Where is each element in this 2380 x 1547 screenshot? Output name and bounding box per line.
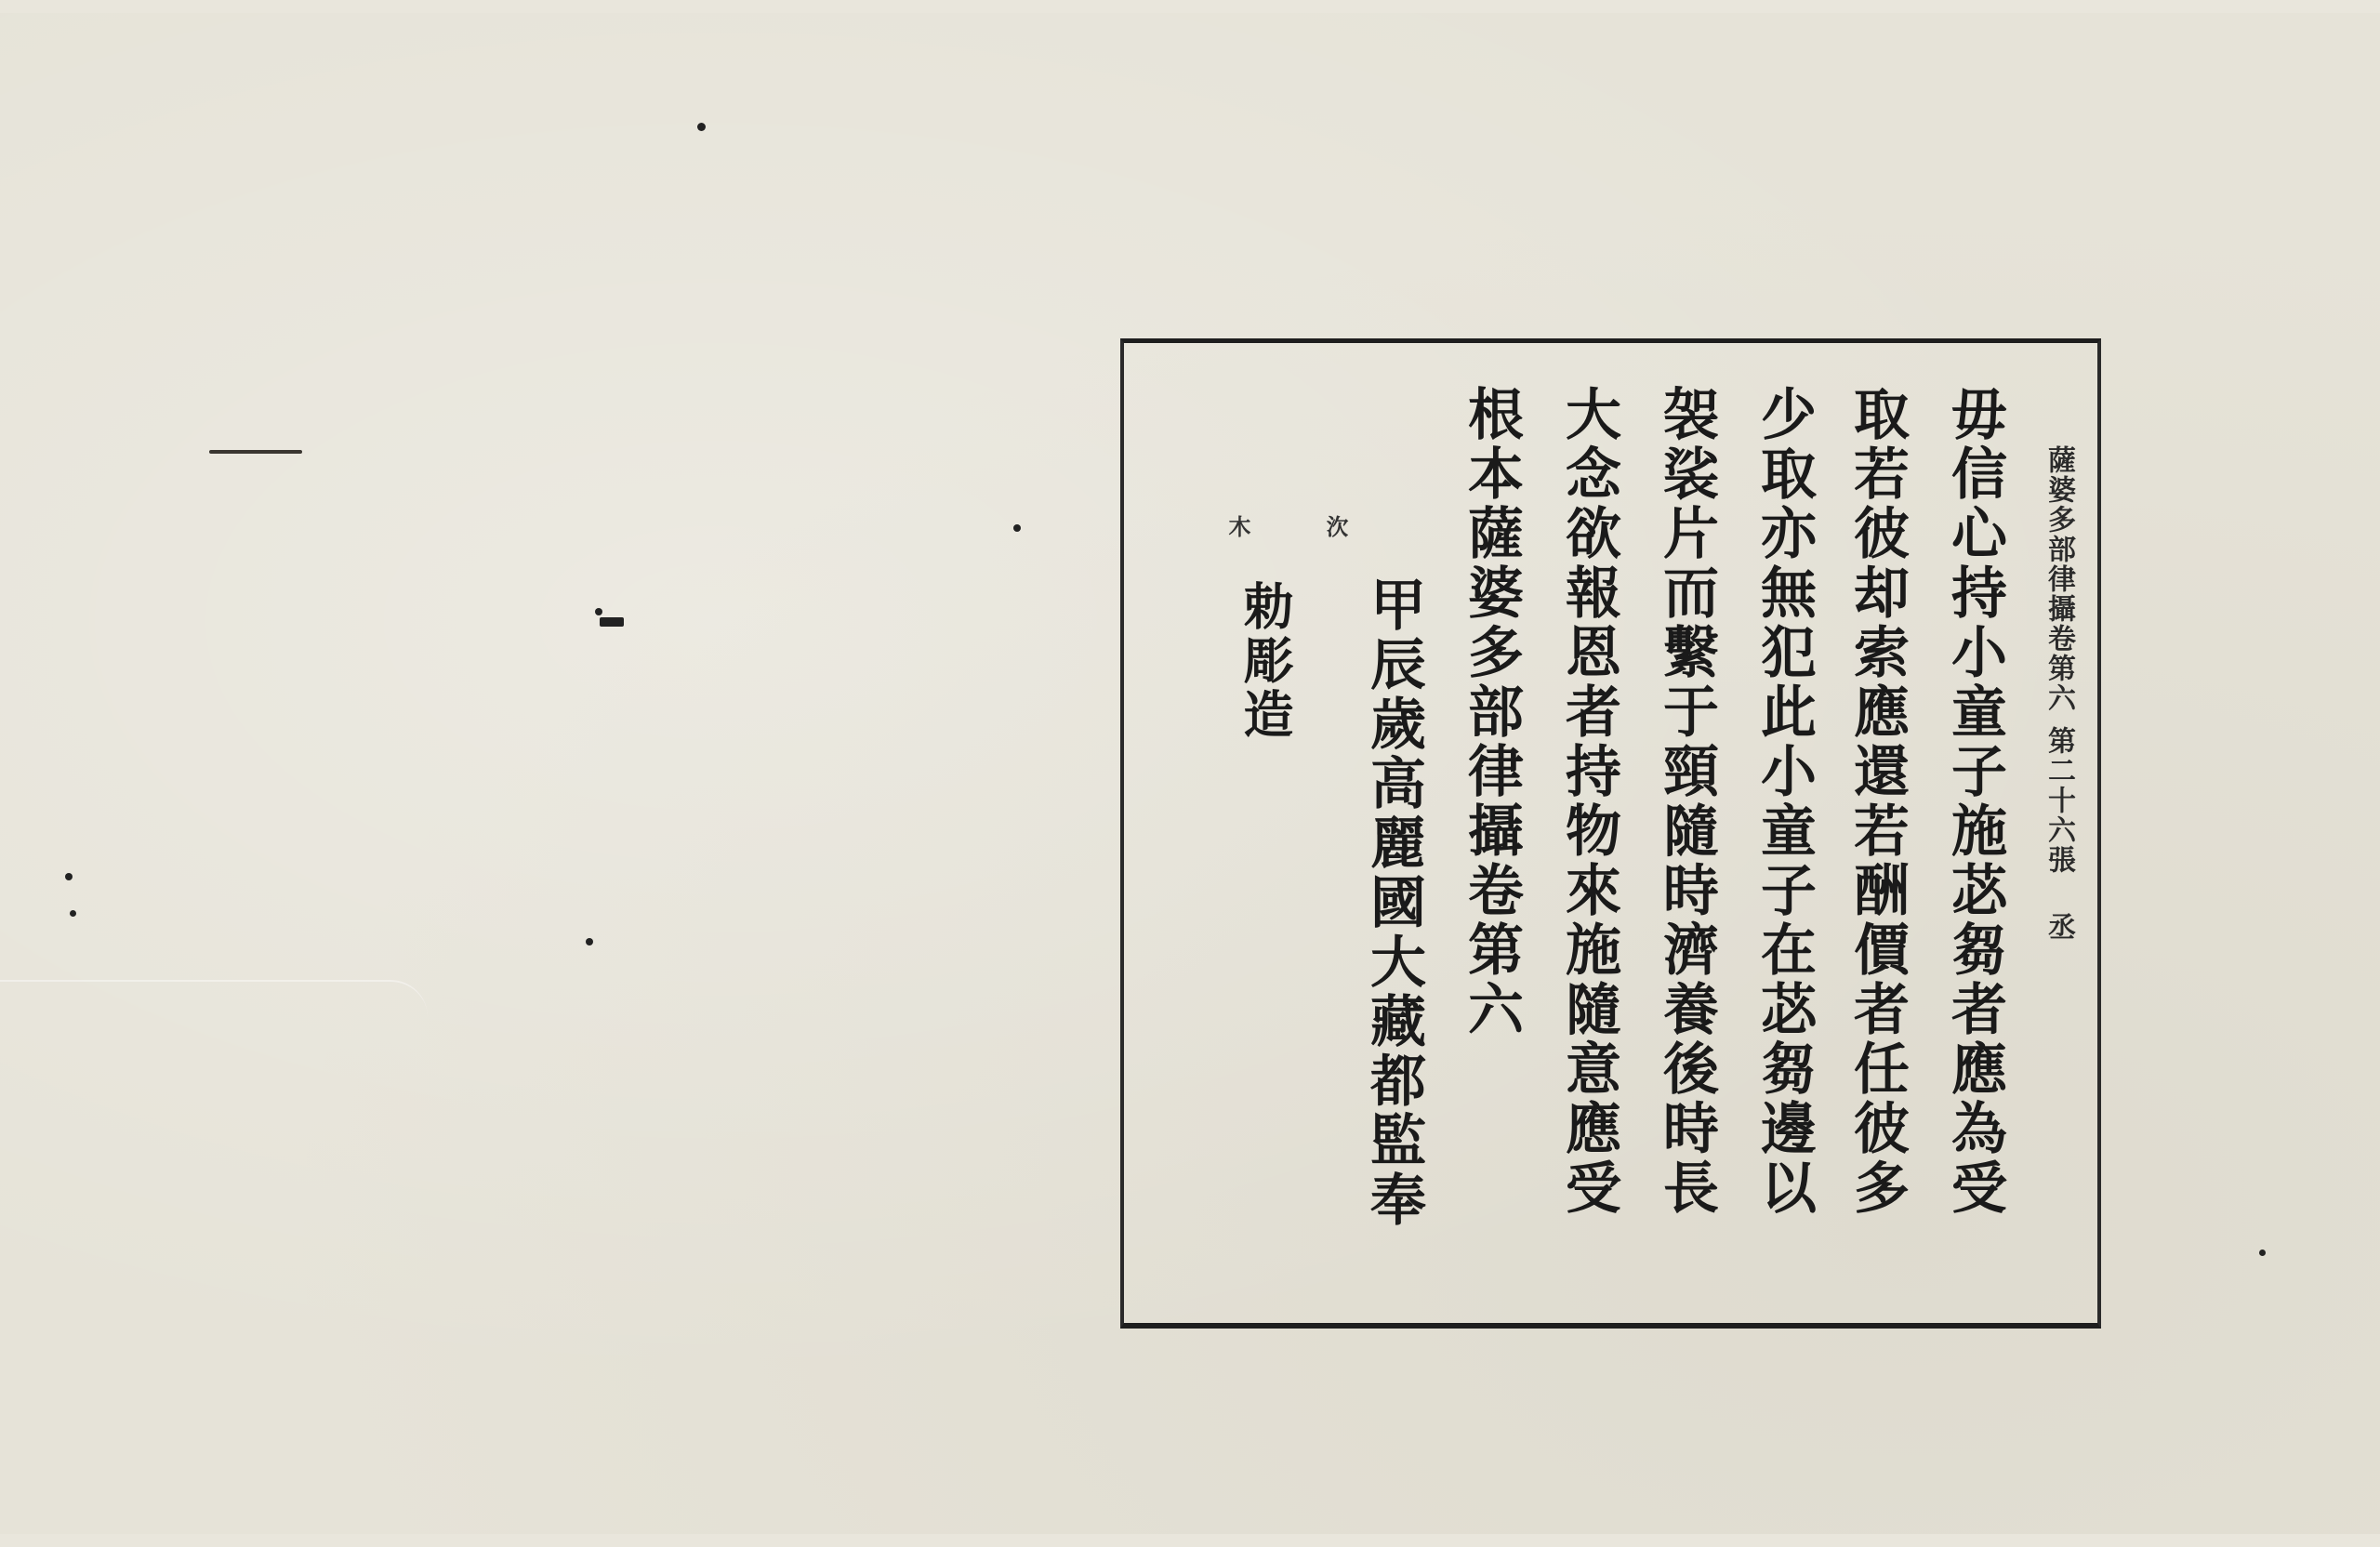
ink-speck	[586, 938, 593, 945]
ink-speck	[1013, 524, 1021, 532]
ink-speck	[70, 910, 76, 917]
margin-title: 薩婆多部律攝卷第六	[2043, 445, 2075, 713]
margin-label-column: 薩婆多部律攝卷第六第二十六張丞	[2044, 445, 2072, 942]
sheet-number: 第二十六張	[2043, 726, 2075, 875]
colophon-date-column: 甲辰歲高麗國大藏都監奉	[1366, 575, 1421, 1230]
margin-mark: 丞	[2043, 912, 2075, 942]
printed-block-frame: 薩婆多部律攝卷第六第二十六張丞 毋信心持小童子施苾芻者應為受 取若彼却索應還若酬…	[1120, 338, 2101, 1329]
paper-sheet: 薩婆多部律攝卷第六第二十六張丞 毋信心持小童子施苾芻者應為受 取若彼却索應還若酬…	[0, 13, 2380, 1534]
paper-fold	[0, 980, 428, 1038]
ink-speck	[697, 123, 706, 131]
ink-speck	[2259, 1249, 2266, 1256]
text-column-1: 毋信心持小童子施苾芻者應為受	[1947, 385, 2003, 1218]
small-mark-1: 㳄	[1324, 515, 1346, 541]
text-column-3: 少取亦無犯此小童子在苾芻邊以	[1756, 385, 1812, 1218]
text-column-2: 取若彼却索應還若酬價者任彼多	[1849, 385, 1905, 1218]
colophon-title-column: 根本薩婆多部律攝卷第六	[1463, 385, 1519, 1039]
small-mark-2: 木	[1226, 515, 1249, 541]
colophon-decree-column: 勅彫造	[1240, 580, 1290, 742]
text-column-4: 袈裟片而繫于頸隨時濟養後時長	[1659, 385, 1714, 1218]
text-column-5: 大念欲報恩者持物來施隨意應受	[1561, 385, 1617, 1218]
ink-speck	[209, 450, 302, 454]
ink-speck	[65, 873, 73, 880]
ink-speck	[595, 608, 602, 615]
ink-speck	[600, 617, 624, 627]
